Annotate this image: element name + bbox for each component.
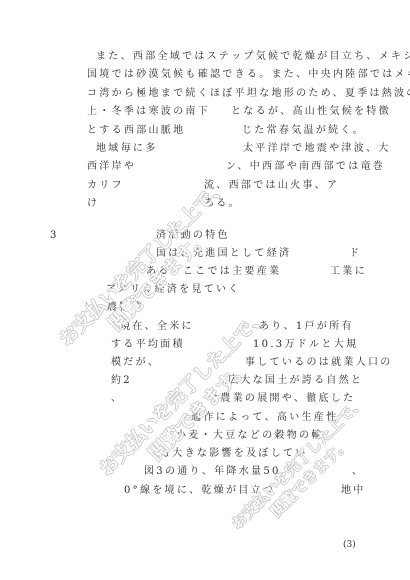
text-line-segment: ド: [349, 248, 361, 260]
text-line-segment: 小麦・大豆などの穀物の輸: [176, 430, 324, 442]
text-line-segment: 3: [50, 230, 59, 242]
text-line-segment: ン、中西部や南西部では竜巻: [226, 161, 385, 173]
text-line-segment: とする西部山脈地: [87, 125, 185, 137]
text-line-segment: する平均面積: [111, 339, 185, 351]
text-line-segment: 、: [352, 466, 364, 478]
text-line-segment: 上・冬季は寒波の南下: [87, 106, 210, 118]
text-line-segment: 地中: [341, 485, 366, 497]
text-line-segment: じた常春気温が続く。: [242, 125, 365, 137]
text-line-segment: 、: [111, 393, 123, 405]
text-line-segment: も大きな影響を及ぼしてい: [160, 448, 308, 460]
text-line-segment: また、西部全域ではステップ気候で乾燥が目立ち、メキシコ: [96, 51, 410, 63]
text-line-segment: 約2: [111, 375, 132, 387]
text-line-segment: コ湾から極地まで続くほぼ平坦な地形のため、夏季は熱波の北: [87, 88, 410, 100]
text-line-segment: 地域毎に多: [96, 143, 158, 155]
text-line-segment: カリフ: [87, 180, 124, 192]
document-page: また、西部全域ではステップ気候で乾燥が目立ち、メキシコ国境では砂漠気候も確認でき…: [0, 0, 410, 580]
text-line-segment: 工業に: [330, 266, 367, 278]
text-line-segment: 図3の通り、年降水量50: [144, 466, 281, 478]
text-line-segment: け: [87, 198, 99, 210]
page-number: (3): [343, 540, 356, 550]
text-line-segment: 国境では砂漠気候も確認できる。また、中央内陸部ではメキシ: [87, 69, 410, 81]
text-line-segment: 西洋岸や: [87, 161, 136, 173]
text-line-segment: 太平洋岸で地震や津波、大: [243, 143, 391, 155]
text-line-segment: となるが、高山性気候を特徴: [231, 106, 391, 118]
text-line-segment: 模だが、: [111, 357, 160, 369]
